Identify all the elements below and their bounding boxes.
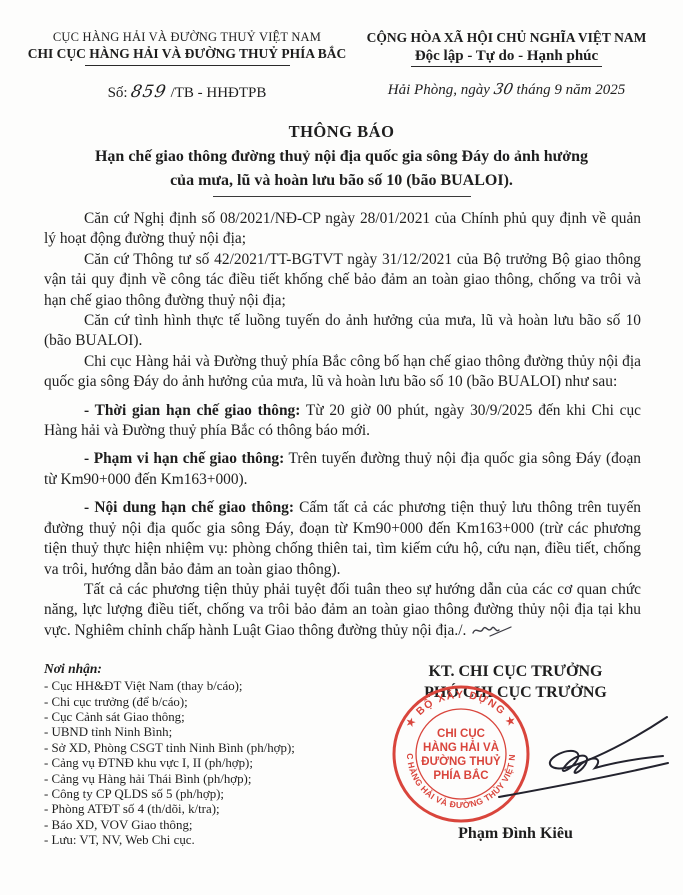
signature-block: KT. CHI CỤC TRƯỞNG PHÓ CHI CỤC TRƯỞNG ★ … (362, 661, 669, 848)
national-header-block: CỘNG HÒA XÃ HỘI CHỦ NGHĨA VIỆT NAM Độc l… (348, 30, 665, 102)
recipient-item: - Lưu: VT, NV, Web Chi cục. (44, 833, 362, 848)
document-footer: Nơi nhận: - Cục HH&ĐT Việt Nam (thay b/c… (0, 661, 683, 848)
restriction-time-label: - Thời gian hạn chế giao thông: (84, 402, 300, 419)
document-number: Số: 859 /TB - HHĐTPB (26, 82, 348, 102)
recipient-item: - Cục Cảnh sát Giao thông; (44, 710, 362, 725)
recipient-item: - Báo XD, VOV Giao thông; (44, 818, 362, 833)
paragraph-announcement: Chi cục Hàng hải và Đường thuỷ phía Bắc … (44, 352, 641, 393)
issuing-org-name: CHI CỤC HÀNG HẢI VÀ ĐƯỜNG THUỶ PHÍA BẮC (26, 46, 348, 62)
recipient-item: - Cảng vụ Hàng hải Thái Bình (ph/hợp); (44, 772, 362, 787)
document-subtitle: Hạn chế giao thông đường thuỷ nội địa qu… (0, 145, 683, 193)
national-title: CỘNG HÒA XÃ HỘI CHỦ NGHĨA VIỆT NAM (348, 30, 665, 46)
issuing-org-block: CỤC HÀNG HẢI VÀ ĐƯỜNG THUỶ VIỆT NAM CHI … (26, 30, 348, 102)
recipient-item: - Phòng ATĐT số 4 (th/dõi, k/tra); (44, 802, 362, 817)
place-date-line: Hải Phòng, ngày 30 tháng 9 năm 2025 (348, 80, 665, 99)
signer-name: Phạm Đình Kiêu (362, 825, 669, 843)
recipients-block: Nơi nhận: - Cục HH&ĐT Việt Nam (thay b/c… (44, 661, 362, 848)
recipients-list: - Cục HH&ĐT Việt Nam (thay b/cáo); - Chi… (44, 679, 362, 848)
recipient-item: - Chi cục trưởng (để b/cáo); (44, 695, 362, 710)
recipients-label: Nơi nhận: (44, 661, 362, 677)
paragraph-restriction-scope: - Phạm vi hạn chế giao thông: Trên tuyến… (44, 449, 641, 490)
document-page: CỤC HÀNG HẢI VÀ ĐƯỜNG THUỶ VIỆT NAM CHI … (0, 0, 683, 895)
title-block: THÔNG BÁO Hạn chế giao thông đường thuỷ … (0, 122, 683, 197)
restriction-content-label: - Nội dung hạn chế giao thông: (84, 499, 294, 516)
document-header: CỤC HÀNG HẢI VÀ ĐƯỜNG THUỶ VIỆT NAM CHI … (0, 0, 683, 102)
title-underline (213, 196, 471, 197)
paragraph-legal-basis-1: Căn cứ Nghị định số 08/2021/NĐ-CP ngày 2… (44, 209, 641, 250)
recipient-item: - UBND tỉnh Ninh Bình; (44, 725, 362, 740)
paragraph-legal-basis-2: Căn cứ Thông tư số 42/2021/TT-BGTVT ngày… (44, 250, 641, 311)
document-number-label: Số: (108, 85, 128, 101)
document-type-heading: THÔNG BÁO (0, 122, 683, 142)
place-date-prefix: Hải Phòng, ngày (388, 82, 490, 98)
signer-position-line-1: KT. CHI CỤC TRƯỞNG (362, 661, 669, 682)
handwritten-signature (463, 701, 673, 813)
paragraph-restriction-content: - Nội dung hạn chế giao thông: Cấm tất c… (44, 498, 641, 580)
document-body: Căn cứ Nghị định số 08/2021/NĐ-CP ngày 2… (44, 209, 641, 641)
stamp-and-signature-zone: ★ BỘ XÂY DỰNG ★ CỤC HÀNG HẢI VÀ ĐƯỜNG TH… (362, 703, 669, 821)
parent-org-name: CỤC HÀNG HẢI VÀ ĐƯỜNG THUỶ VIỆT NAM (26, 30, 348, 45)
subtitle-line-1: Hạn chế giao thông đường thuỷ nội địa qu… (0, 145, 683, 169)
org-underline (85, 65, 290, 66)
recipient-item: - Sở XD, Phòng CSGT tỉnh Ninh Bình (ph/h… (44, 741, 362, 756)
place-date-suffix: tháng 9 năm 2025 (516, 82, 625, 98)
national-motto: Độc lập - Tự do - Hạnh phúc (411, 48, 602, 67)
paragraph-legal-basis-3: Căn cứ tình hình thực tế luồng tuyến do … (44, 311, 641, 352)
restriction-scope-label: - Phạm vi hạn chế giao thông: (84, 450, 284, 467)
paragraph-compliance: Tất cả các phương tiện thủy phải tuyệt đ… (44, 580, 641, 641)
date-day-handwritten: 30 (492, 80, 514, 98)
recipient-item: - Công ty CP QLDS số 5 (ph/hợp); (44, 787, 362, 802)
document-number-handwritten: 859 (130, 82, 169, 102)
paragraph-restriction-time: - Thời gian hạn chế giao thông: Từ 20 gi… (44, 401, 641, 442)
recipient-item: - Cục HH&ĐT Việt Nam (thay b/cáo); (44, 679, 362, 694)
recipient-item: - Cảng vụ ĐTNĐ khu vực I, II (ph/hợp); (44, 756, 362, 771)
handwritten-initial-flourish (470, 622, 512, 638)
compliance-text: Tất cả các phương tiện thủy phải tuyệt đ… (44, 581, 641, 639)
subtitle-line-2: của mưa, lũ và hoàn lưu bão số 10 (bão B… (0, 169, 683, 193)
document-number-suffix: /TB - HHĐTPB (171, 85, 267, 101)
